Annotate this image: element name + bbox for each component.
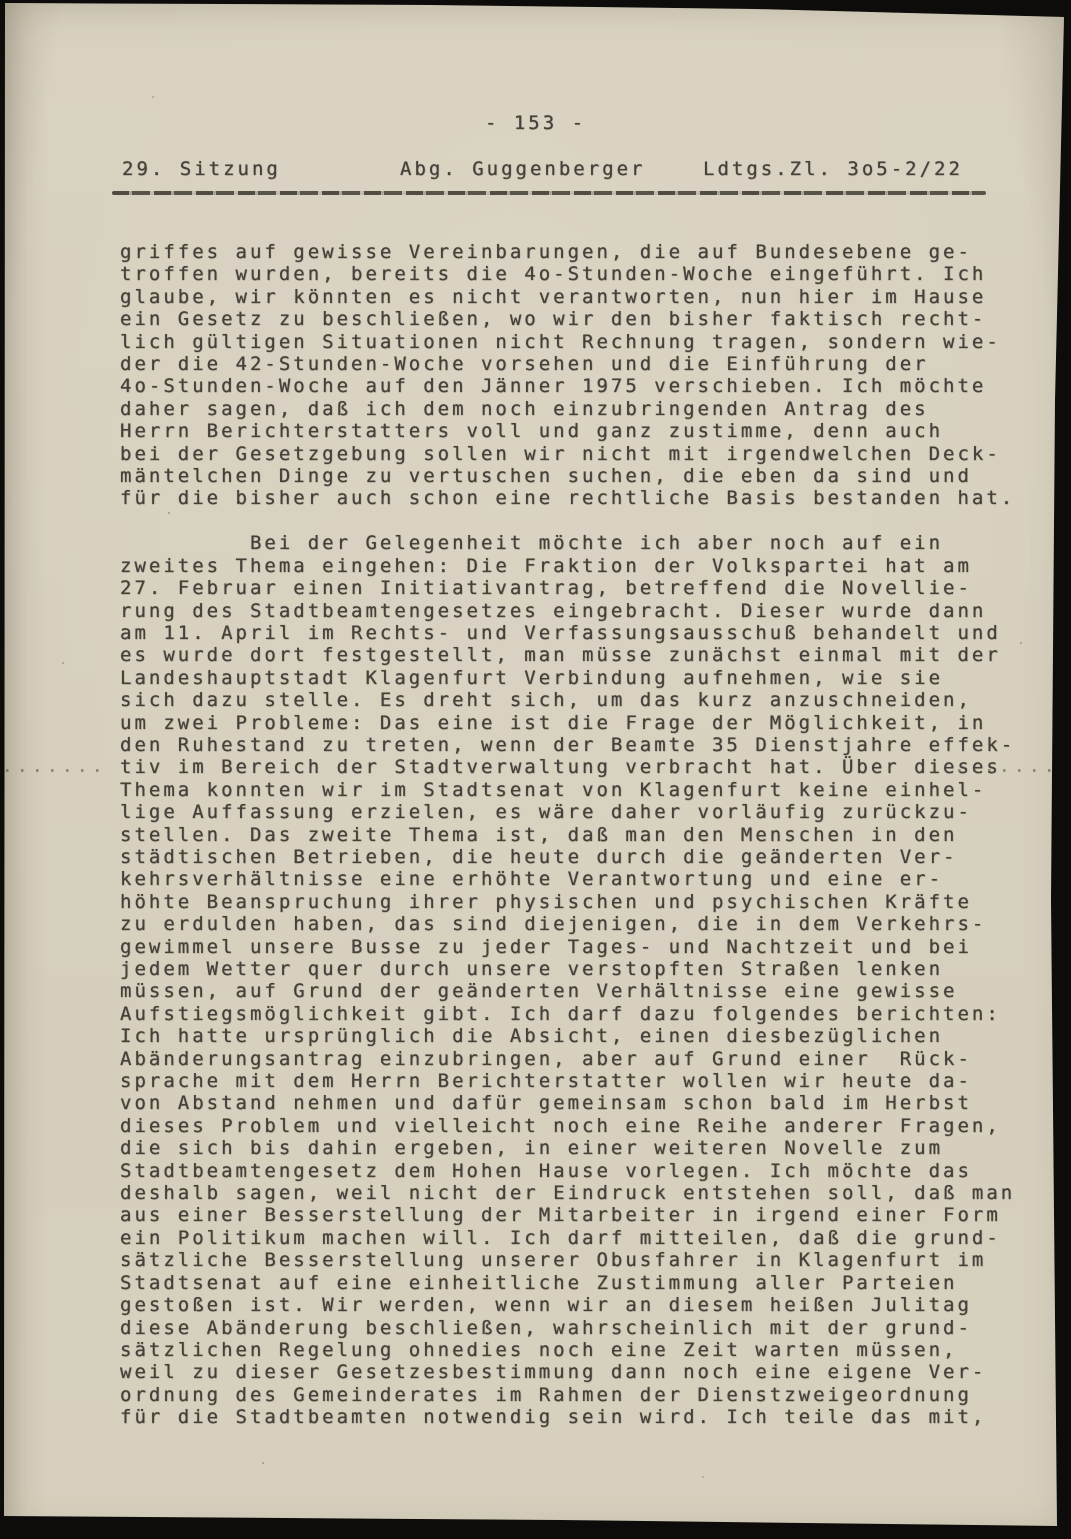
- text-line: Stadtsenat auf eine einheitliche Zustimm…: [120, 1272, 1000, 1294]
- scan-speckles: [0, 0, 2, 2]
- text-line: daher sagen, daß ich dem noch einzubring…: [120, 398, 1000, 420]
- paragraph: griffes auf gewisse Vereinbarungen, die …: [120, 241, 1000, 510]
- text-line: Bei der Gelegenheit möchte ich aber noch…: [120, 532, 1000, 554]
- text-line: müssen, auf Grund der geänderten Verhält…: [120, 980, 1000, 1002]
- text-line: troffen wurden, bereits die 4o-Stunden-W…: [120, 263, 1000, 285]
- text-line: dieses Problem und vielleicht noch eine …: [120, 1115, 1000, 1137]
- text-line: höhte Beanspruchung ihrer physischen und…: [120, 891, 1000, 913]
- text-line: gewimmel unsere Busse zu jeder Tages- un…: [120, 936, 1000, 958]
- text-line: glaube, wir könnten es nicht verantworte…: [120, 286, 1000, 308]
- text-line: Herrn Berichterstatters voll und ganz zu…: [120, 420, 1000, 442]
- document-page: - 153 - 29. Sitzung Abg. Guggenberger Ld…: [0, 0, 1071, 1539]
- text-line: mäntelchen Dinge zu vertuschen suchen, d…: [120, 465, 1000, 487]
- scan-artifact-dots-left: [6, 769, 110, 772]
- text-line: aus einer Besserstellung der Mitarbeiter…: [120, 1204, 1000, 1226]
- scan-background: { "page": { "page_number": "- 153 -", "h…: [0, 0, 1071, 1539]
- scan-artifact-dots-right: [958, 769, 1058, 772]
- text-line: für die Stadtbeamten notwendig sein wird…: [120, 1406, 1000, 1428]
- text-line: sätzliche Besserstellung unserer Obusfah…: [120, 1249, 1000, 1271]
- text-line: städtischen Betrieben, die heute durch d…: [120, 846, 1000, 868]
- text-line: Stadtbeamtengesetz dem Hohen Hause vorle…: [120, 1160, 1000, 1182]
- text-line: Abänderungsantrag einzubringen, aber auf…: [120, 1048, 1000, 1070]
- text-line: zweites Thema eingehen: Die Fraktion der…: [120, 555, 1000, 577]
- text-line: bei der Gesetzgebung sollen wir nicht mi…: [120, 443, 1000, 465]
- text-line: deshalb sagen, weil nicht der Eindruck e…: [120, 1182, 1000, 1204]
- text-line: Landeshauptstadt Klagenfurt Verbindung a…: [120, 667, 1000, 689]
- text-line: 27. Februar einen Initiativantrag, betre…: [120, 577, 1000, 599]
- text-line: stellen. Das zweite Thema ist, daß man d…: [120, 824, 1000, 846]
- text-line: den Ruhestand zu treten, wenn der Beamte…: [120, 734, 1000, 756]
- header-underline: [112, 191, 986, 195]
- text-line: jedem Wetter quer durch unsere verstopft…: [120, 958, 1000, 980]
- text-line: ein Politikum machen will. Ich darf mitt…: [120, 1227, 1000, 1249]
- text-line: ordnung des Gemeinderates im Rahmen der …: [120, 1384, 1000, 1406]
- text-line: lige Auffassung erzielen, es wäre daher …: [120, 801, 1000, 823]
- text-line: 4o-Stunden-Woche auf den Jänner 1975 ver…: [120, 375, 1000, 397]
- text-line: es wurde dort festgestellt, man müsse zu…: [120, 644, 1000, 666]
- text-line: kehrsverhältnisse eine erhöhte Verantwor…: [120, 868, 1000, 890]
- text-line: weil zu dieser Gesetzesbestimmung dann n…: [120, 1361, 1000, 1383]
- text-line: der die 42-Stunden-Woche vorsehen und di…: [120, 353, 1000, 375]
- page-number: - 153 -: [0, 112, 1071, 134]
- speaker-name: Abg. Guggenberger: [400, 158, 645, 180]
- text-line: Ich hatte ursprünglich die Absicht, eine…: [120, 1025, 1000, 1047]
- text-line: tiv im Bereich der Stadtverwaltung verbr…: [120, 756, 1000, 778]
- text-line: diese Abänderung beschließen, wahrschein…: [120, 1317, 1000, 1339]
- document-reference: Ldtgs.Zl. 3o5-2/22: [703, 158, 963, 180]
- text-line: sich dazu stelle. Es dreht sich, um das …: [120, 689, 1000, 711]
- page-header: 29. Sitzung Abg. Guggenberger Ldtgs.Zl. …: [0, 158, 1071, 184]
- text-line: die sich bis dahin ergeben, in einer wei…: [120, 1137, 1000, 1159]
- text-line: gestoßen ist. Wir werden, wenn wir an di…: [120, 1294, 1000, 1316]
- speech-text: griffes auf gewisse Vereinbarungen, die …: [120, 241, 1000, 1429]
- session-label: 29. Sitzung: [122, 158, 281, 180]
- text-line: rung des Stadtbeamtengesetzes eingebrach…: [120, 600, 1000, 622]
- text-line: für die bisher auch schon eine rechtlich…: [120, 487, 1000, 509]
- text-line: am 11. April im Rechts- und Verfassungsa…: [120, 622, 1000, 644]
- text-line: um zwei Probleme: Das eine ist die Frage…: [120, 712, 1000, 734]
- text-line: griffes auf gewisse Vereinbarungen, die …: [120, 241, 1000, 263]
- text-line: sätzlichen Regelung ohnedies noch eine Z…: [120, 1339, 1000, 1361]
- text-line: Thema konnten wir im Stadtsenat von Klag…: [120, 779, 1000, 801]
- text-line: von Abstand nehmen und dafür gemeinsam s…: [120, 1092, 1000, 1114]
- text-line: sprache mit dem Herrn Berichterstatter w…: [120, 1070, 1000, 1092]
- text-line: Aufstiegsmöglichkeit gibt. Ich darf dazu…: [120, 1003, 1000, 1025]
- text-line: ein Gesetz zu beschließen, wo wir den bi…: [120, 308, 1000, 330]
- text-line: lich gültigen Situationen nicht Rechnung…: [120, 331, 1000, 353]
- paragraph: Bei der Gelegenheit möchte ich aber noch…: [120, 532, 1000, 1428]
- text-line: zu erdulden haben, das sind diejenigen, …: [120, 913, 1000, 935]
